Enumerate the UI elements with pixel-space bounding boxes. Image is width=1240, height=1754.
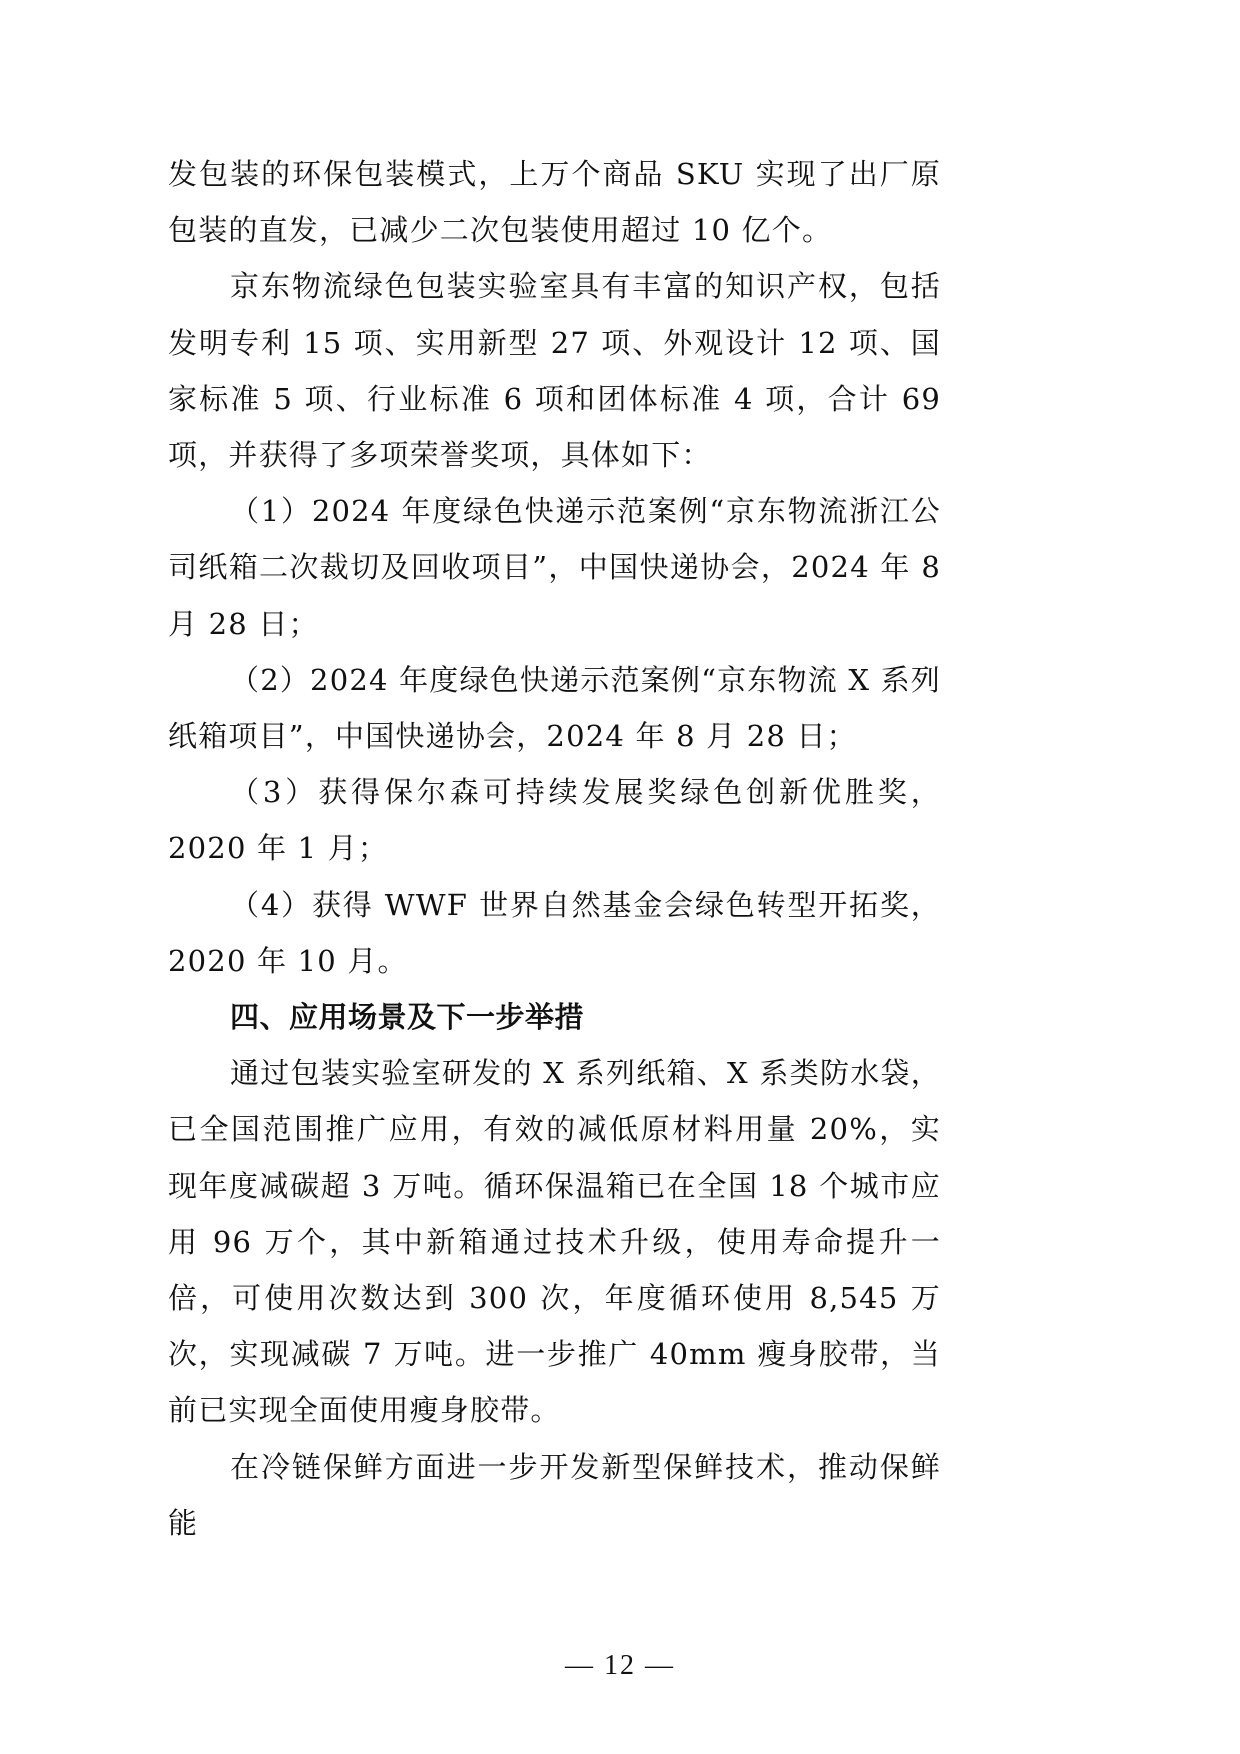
section-heading: 四、应用场景及下一步举措 (168, 989, 941, 1045)
paragraph-cold-chain: 在冷链保鲜方面进一步开发新型保鲜技术，推动保鲜能 (168, 1439, 941, 1551)
page-number: — 12 — (0, 1650, 1240, 1682)
award-item-3: （3）获得保尔森可持续发展奖绿色创新优胜奖，2020 年 1 月； (168, 764, 941, 876)
document-page: 发包装的环保包装模式，上万个商品 SKU 实现了出厂原包装的直发，已减少二次包装… (168, 146, 941, 1551)
paragraph-continuation: 发包装的环保包装模式，上万个商品 SKU 实现了出厂原包装的直发，已减少二次包装… (168, 146, 941, 258)
paragraph-applications: 通过包装实验室研发的 X 系列纸箱、X 系类防水袋，已全国范围推广应用，有效的减… (168, 1045, 941, 1438)
paragraph-intellectual-property: 京东物流绿色包装实验室具有丰富的知识产权，包括发明专利 15 项、实用新型 27… (168, 258, 941, 483)
award-item-2: （2）2024 年度绿色快递示范案例“京东物流 X 系列纸箱项目”，中国快递协会… (168, 652, 941, 764)
award-item-4: （4）获得 WWF 世界自然基金会绿色转型开拓奖，2020 年 10 月。 (168, 877, 941, 989)
award-item-1: （1）2024 年度绿色快递示范案例“京东物流浙江公司纸箱二次裁切及回收项目”，… (168, 483, 941, 652)
